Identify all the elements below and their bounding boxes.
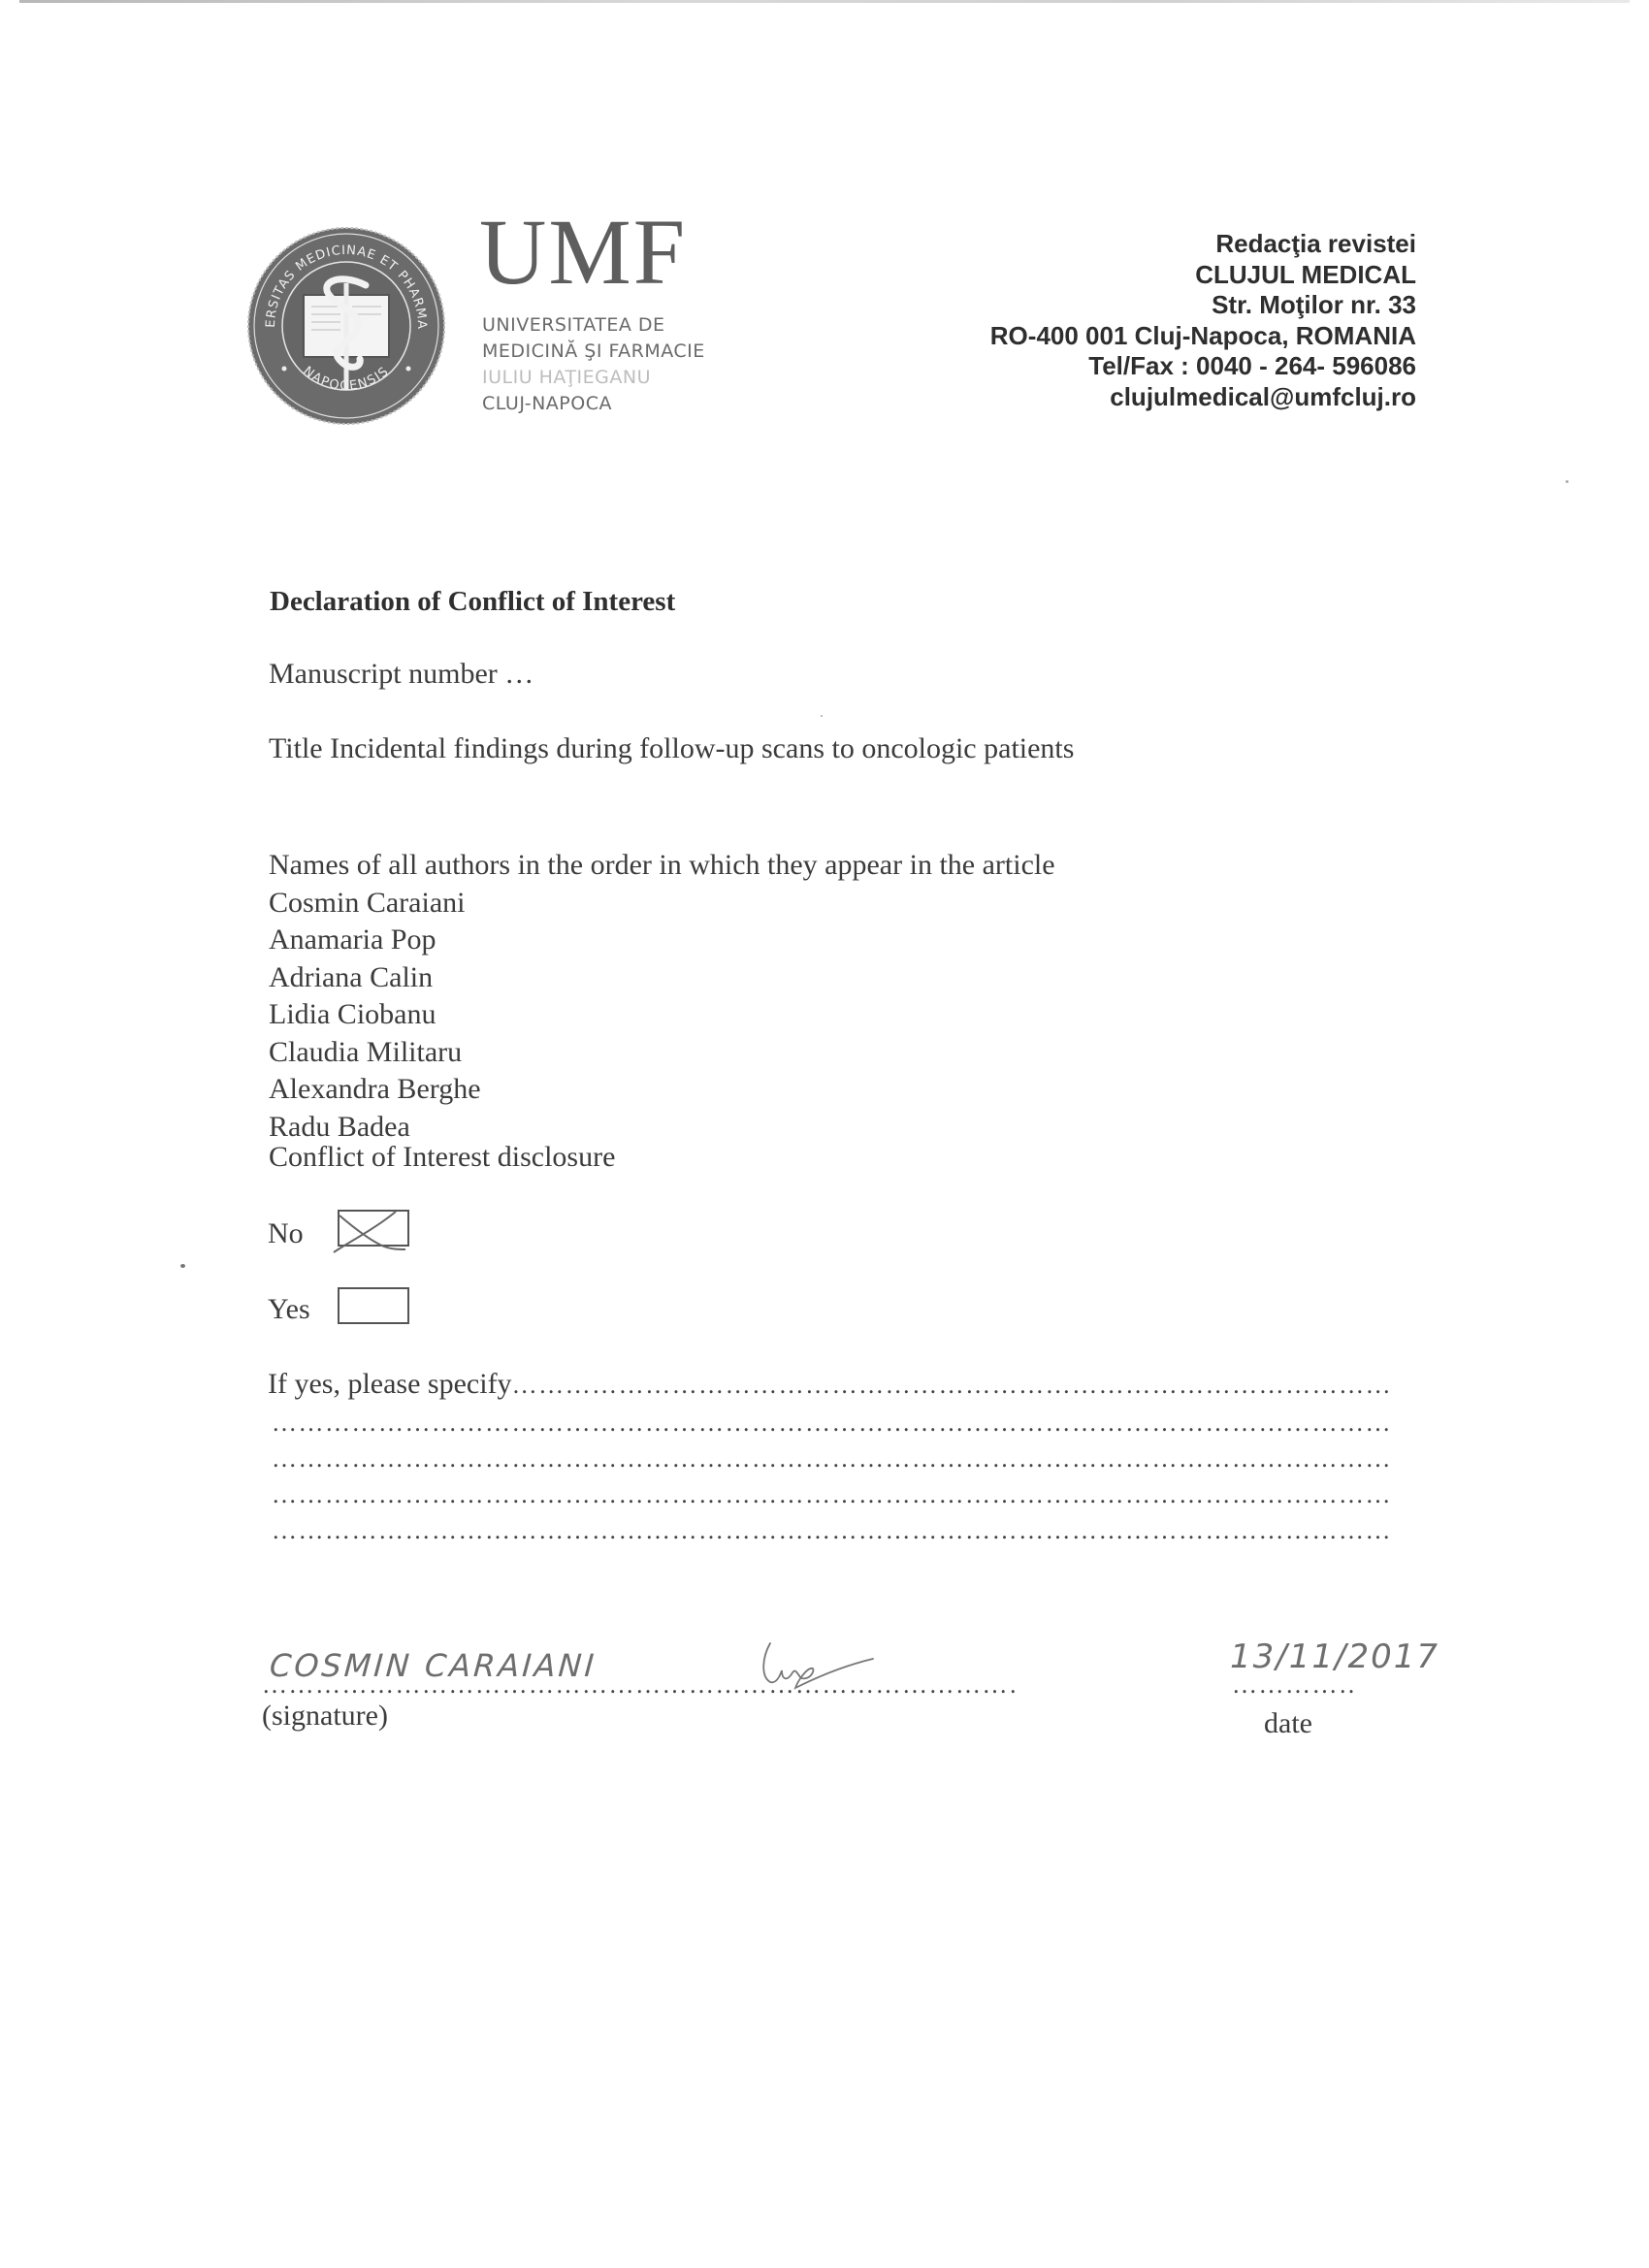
- university-name-line-1: UNIVERSITATEA DE: [482, 316, 665, 335]
- manuscript-number: Manuscript number …: [269, 660, 533, 689]
- disclosure-label: Conflict of Interest disclosure: [269, 1143, 615, 1172]
- umf-logo-text: UMF: [479, 206, 687, 299]
- author-item: Adriana Calin: [269, 959, 1055, 997]
- signature-label: (signature): [262, 1700, 388, 1733]
- handwritten-name: COSMIN CARAIANI: [269, 1647, 598, 1684]
- specify-field-line[interactable]: ……………………………………………………………………………………………………………: [272, 1444, 1393, 1474]
- address-line: Str. Moţilor nr. 33: [990, 290, 1416, 321]
- journal-address-block: Redacţia revistei CLUJUL MEDICAL Str. Mo…: [990, 229, 1416, 412]
- specify-label: If yes, please specify: [268, 1368, 512, 1401]
- address-line: RO-400 001 Cluj-Napoca, ROMANIA: [990, 321, 1416, 352]
- email-link[interactable]: clujulmedical@umfcluj.ro: [990, 382, 1416, 413]
- handwritten-date: 13/11/2017: [1230, 1637, 1439, 1676]
- authors-list: Names of all authors in the order in whi…: [269, 847, 1055, 1146]
- option-no-checkbox[interactable]: [338, 1210, 409, 1247]
- address-line: CLUJUL MEDICAL: [990, 260, 1416, 291]
- specify-row: If yes, please specify ………………………………………………: [268, 1368, 1393, 1401]
- address-line: Tel/Fax : 0040 - 264- 596086: [990, 351, 1416, 382]
- university-name-line-3: IULIU HAŢIEGANU: [482, 369, 651, 387]
- specify-field-line[interactable]: ……………………………………………………………………………………………………………: [272, 1516, 1393, 1545]
- specify-field-line[interactable]: ……………………………………………………………………………………………………………: [272, 1409, 1393, 1438]
- specify-field[interactable]: ……………………………………………………………………………………………………………: [512, 1371, 1393, 1400]
- scan-speck: [1566, 480, 1568, 483]
- signature-scrawl: [757, 1637, 902, 1696]
- scan-edge: [19, 0, 1630, 3]
- option-yes-checkbox[interactable]: [338, 1287, 409, 1324]
- author-item: Claudia Militaru: [269, 1034, 1055, 1072]
- option-no-label: No: [268, 1217, 304, 1250]
- form-heading: Declaration of Conflict of Interest: [270, 586, 675, 618]
- university-seal-logo: UNIVERSITAS MEDICINAE ET PHARMACIAE NAPO…: [245, 225, 447, 427]
- author-item: Cosmin Caraiani: [269, 885, 1055, 923]
- address-line: Redacţia revistei: [990, 229, 1416, 260]
- option-yes-label: Yes: [268, 1293, 310, 1326]
- author-item: Lidia Ciobanu: [269, 996, 1055, 1034]
- university-name-line-2: MEDICINĂ ŞI FARMACIE: [482, 342, 705, 361]
- authors-label: Names of all authors in the order in whi…: [269, 847, 1055, 885]
- scan-speck: [821, 715, 823, 717]
- article-title: Title Incidental findings during follow-…: [269, 734, 1074, 763]
- author-item: Anamaria Pop: [269, 922, 1055, 959]
- date-label: date: [1264, 1707, 1312, 1740]
- specify-field-line[interactable]: ……………………………………………………………………………………………………………: [272, 1480, 1393, 1509]
- university-name-line-4: CLUJ-NAPOCA: [482, 395, 612, 413]
- scan-speck: [180, 1264, 185, 1268]
- hand-drawn-x-mark-icon: [332, 1210, 409, 1252]
- author-item: Alexandra Berghe: [269, 1071, 1055, 1109]
